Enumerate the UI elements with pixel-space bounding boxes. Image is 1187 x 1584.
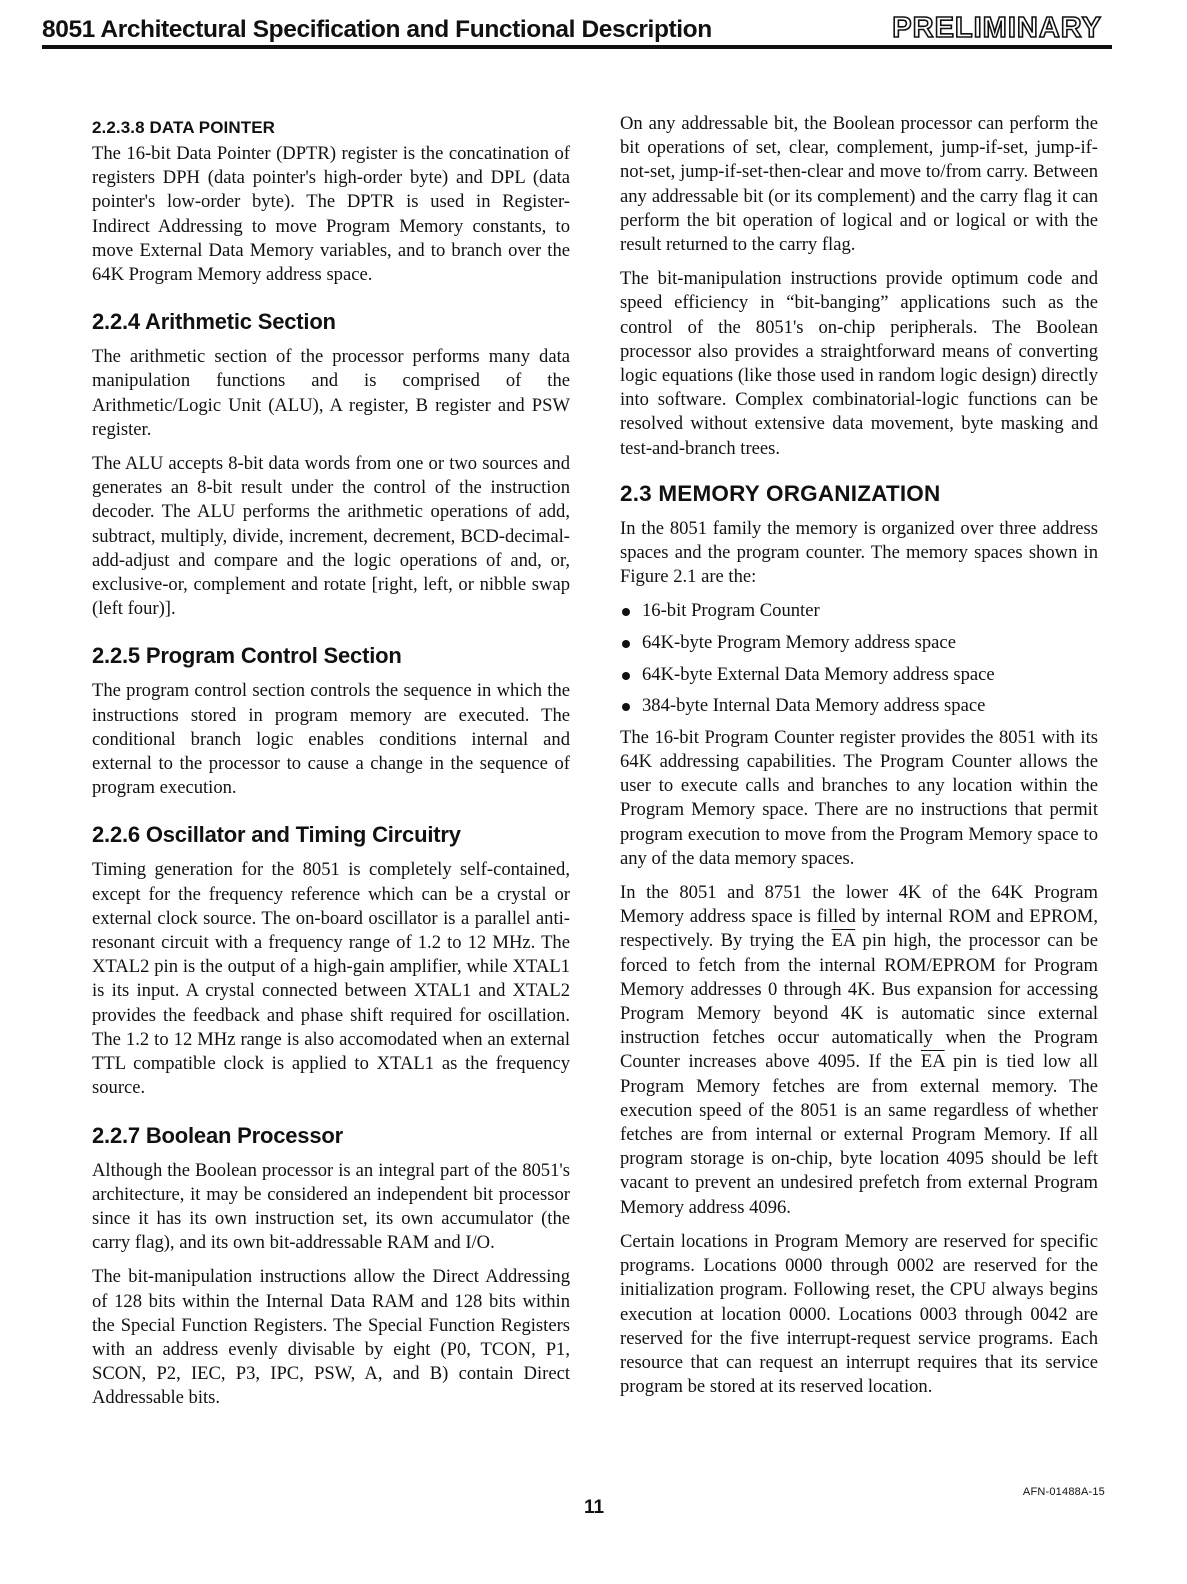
paragraph: Certain locations in Program Memory are … (620, 1230, 1098, 1399)
bullet-icon (622, 640, 630, 648)
preliminary-stamp: PRELIMINARY (892, 12, 1102, 45)
paragraph: The 16-bit Program Counter register prov… (620, 726, 1098, 871)
section-boolean-processor: 2.2.7 Boolean Processor Although the Boo… (92, 1123, 570, 1411)
heading-data-pointer: 2.2.3.8 DATA POINTER (92, 118, 570, 138)
bullet-icon (622, 703, 630, 711)
section-data-pointer: 2.2.3.8 DATA POINTER The 16-bit Data Poi… (92, 118, 570, 287)
paragraph: The ALU accepts 8-bit data words from on… (92, 452, 570, 621)
document-code: AFN-01488A-15 (1023, 1486, 1105, 1498)
bullet-icon (622, 672, 630, 680)
ea-signal: EA (921, 1051, 945, 1072)
paragraph: The bit-manipulation instructions allow … (92, 1265, 570, 1410)
heading-memory-organization: 2.3 MEMORY ORGANIZATION (620, 481, 1098, 507)
heading-boolean-processor: 2.2.7 Boolean Processor (92, 1123, 570, 1149)
paragraph: The program control section controls the… (92, 679, 570, 800)
bullet-icon (622, 608, 630, 616)
paragraph: On any addressable bit, the Boolean proc… (620, 112, 1098, 257)
paragraph: In the 8051 family the memory is organiz… (620, 517, 1098, 590)
paragraph-internal-rom: In the 8051 and 8751 the lower 4K of the… (620, 881, 1098, 1220)
paragraph: Although the Boolean processor is an int… (92, 1159, 570, 1256)
left-column: 2.2.3.8 DATA POINTER The 16-bit Data Poi… (92, 112, 570, 1421)
page-number: 11 (584, 1497, 604, 1519)
paragraph: The 16-bit Data Pointer (DPTR) register … (92, 142, 570, 287)
ea-signal: EA (831, 930, 855, 951)
memory-spaces-list: 16-bit Program Counter 64K-byte Program … (620, 599, 1098, 718)
heading-oscillator-timing: 2.2.6 Oscillator and Timing Circuitry (92, 822, 570, 848)
list-item: 64K-byte External Data Memory address sp… (620, 663, 1098, 687)
list-item: 384-byte Internal Data Memory address sp… (620, 694, 1098, 718)
right-column: On any addressable bit, the Boolean proc… (620, 112, 1098, 1409)
section-program-control: 2.2.5 Program Control Section The progra… (92, 643, 570, 800)
paragraph: The bit-manipulation instructions provid… (620, 267, 1098, 461)
document-title: 8051 Architectural Specification and Fun… (42, 16, 712, 44)
paragraph: The arithmetic section of the processor … (92, 345, 570, 442)
heading-arithmetic-section: 2.2.4 Arithmetic Section (92, 309, 570, 335)
heading-program-control-section: 2.2.5 Program Control Section (92, 643, 570, 669)
list-item: 16-bit Program Counter (620, 599, 1098, 623)
paragraph: Timing generation for the 8051 is comple… (92, 858, 570, 1100)
section-arithmetic: 2.2.4 Arithmetic Section The arithmetic … (92, 309, 570, 621)
section-oscillator: 2.2.6 Oscillator and Timing Circuitry Ti… (92, 822, 570, 1100)
section-boolean-continued: On any addressable bit, the Boolean proc… (620, 112, 1098, 461)
section-memory-organization: 2.3 MEMORY ORGANIZATION In the 8051 fami… (620, 481, 1098, 1399)
list-item: 64K-byte Program Memory address space (620, 631, 1098, 655)
page-header: 8051 Architectural Specification and Fun… (42, 10, 1112, 50)
header-divider (42, 45, 1112, 49)
